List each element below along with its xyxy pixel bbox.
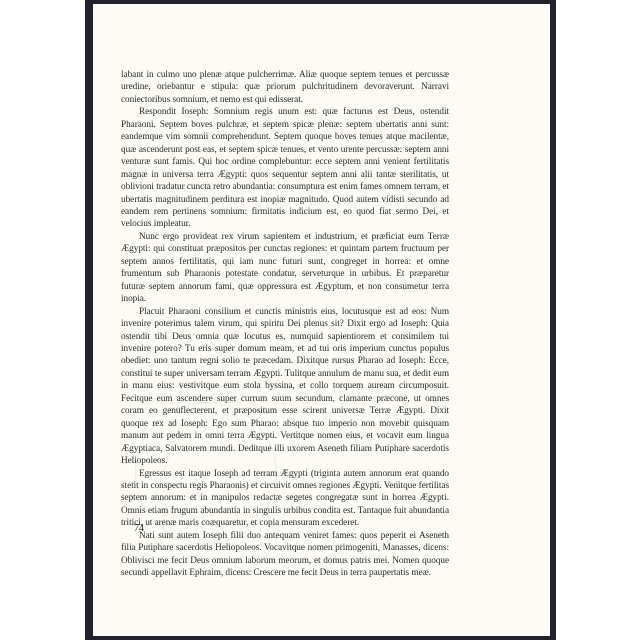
paragraph-5: Egressus est itaque Ioseph ad terram Ægy…	[121, 468, 449, 530]
paragraph-1: labant in culmo uno plenæ atque pulcherr…	[121, 69, 449, 106]
page-number: 74	[134, 523, 144, 534]
paragraph-2: Respondit Ioseph: Somnium regis unum est…	[121, 106, 449, 231]
body-text: labant in culmo uno plenæ atque pulcherr…	[121, 69, 449, 580]
paragraph-3: Nunc ergo provideat rex virum sapientem …	[121, 231, 449, 306]
paragraph-4: Placuit Pharaoni consilium et cunctis mi…	[121, 306, 449, 468]
paragraph-6: Nati sunt autem Ioseph filii duo antequa…	[121, 530, 449, 580]
